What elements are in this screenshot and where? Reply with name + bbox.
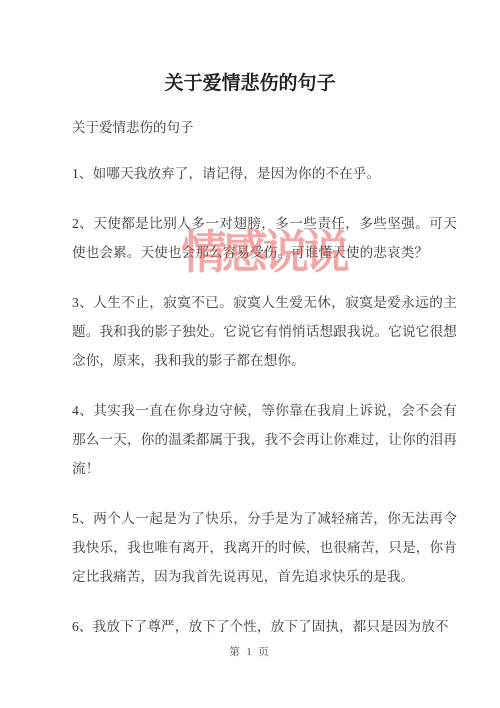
document-content: 关于爱情悲伤的句子 1、如哪天我放弃了，请记得，是因为你的不在乎。 2、天使都是… [0, 118, 500, 641]
document-subtitle: 关于爱情悲伤的句子 [72, 118, 457, 138]
page-title: 关于爱情悲伤的句子 [0, 0, 500, 96]
page-number: 第 1 页 [0, 644, 500, 659]
paragraph-1: 1、如哪天我放弃了，请记得，是因为你的不在乎。 [72, 159, 457, 188]
paragraph-5: 5、两个人一起是为了快乐，分手是为了减轻痛苦，你无法再令我快乐，我也唯有离开，我… [72, 504, 457, 591]
paragraph-4: 4、其实我一直在你身边守候，等你靠在我肩上诉说，会不会有那么一天，你的温柔都属于… [72, 396, 457, 483]
document-page: 情感说说 关于爱情悲伤的句子 关于爱情悲伤的句子 1、如哪天我放弃了，请记得，是… [0, 0, 500, 708]
paragraph-6: 6、我放下了尊严，放下了个性，放下了固执，都只是因为放不 [72, 612, 457, 641]
paragraph-3: 3、人生不止，寂寞不已。寂寞人生爱无休，寂寞是爱永远的主题。我和我的影子独处。它… [72, 288, 457, 375]
paragraph-2: 2、天使都是比别人多一对翅膀，多一些责任，多些坚强。可天使也会累。天使也会那么容… [72, 209, 457, 267]
